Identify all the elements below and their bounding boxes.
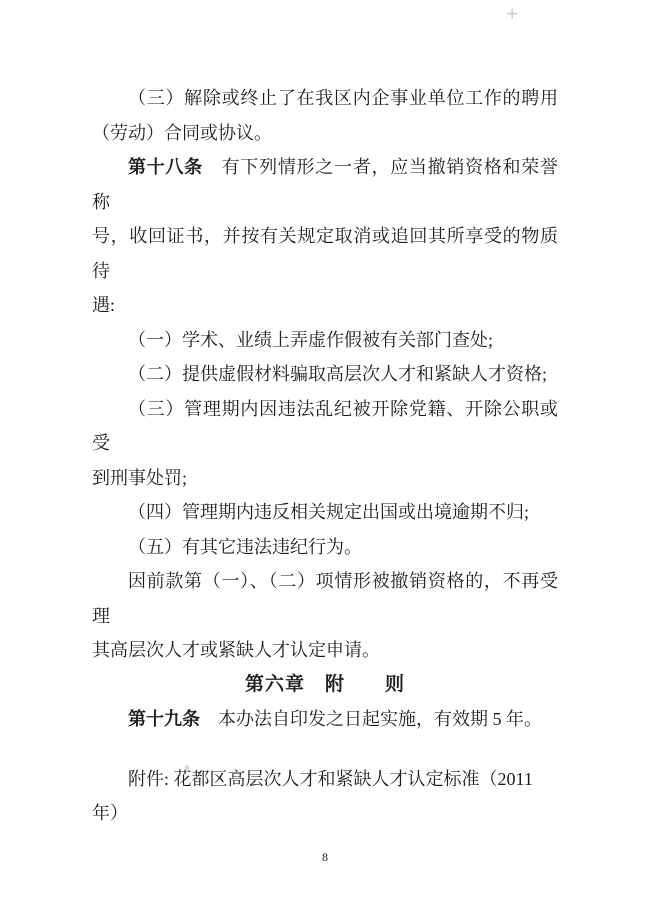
- scan-artifact-speck: [185, 765, 189, 772]
- text-segment: 其高层次人才或紧缺人才认定申请。: [92, 640, 380, 660]
- list-item-5: （五）有其它违法违纪行为。: [92, 530, 558, 565]
- text-line: （三）解除或终止了在我区内企事业单位工作的聘用: [92, 81, 558, 116]
- text-line: 第十八条 有下列情形之一者，应当撤销资格和荣誉称: [92, 150, 558, 219]
- text-line: 到刑事处罚;: [92, 461, 558, 496]
- article-number-18: 第十八条: [128, 157, 203, 177]
- text-segment: 因前款第（一）、（二）项情形被撤销资格的，不再受理: [92, 571, 558, 626]
- text-segment: （二）提供虚假材料骗取高层次人才和紧缺人才资格;: [128, 364, 547, 384]
- scan-artifact-cross: +: [505, 4, 519, 24]
- text-line: （劳动）合同或协议。: [92, 116, 558, 151]
- document-page: + （三）解除或终止了在我区内企事业单位工作的聘用 （劳动）合同或协议。 第十八…: [0, 0, 650, 913]
- text-segment: （五）有其它违法违纪行为。: [128, 537, 362, 557]
- text-segment: 附件: 花都区高层次人才和紧缺人才认定标准（2011 年）: [92, 769, 537, 824]
- text-segment: （劳动）合同或协议。: [92, 123, 272, 143]
- text-line: 遇:: [92, 288, 558, 323]
- text-segment: （一）学术、业绩上弄虚作假被有关部门查处;: [128, 330, 493, 350]
- text-line: 因前款第（一）、（二）项情形被撤销资格的，不再受理: [92, 564, 558, 633]
- article-number-19: 第十九条: [128, 709, 200, 729]
- text-line: 号，收回证书，并按有关规定取消或追回其所享受的物质待: [92, 219, 558, 288]
- chapter-heading-text: 第六章 附 则: [245, 674, 405, 695]
- text-segment: （三）管理期内因违法乱纪被开除党籍、开除公职或受: [92, 399, 558, 454]
- page-number: 8: [0, 850, 650, 865]
- paragraph-spacer: [92, 737, 558, 762]
- text-line: 其高层次人才或紧缺人才认定申请。: [92, 633, 558, 668]
- list-item-4: （四）管理期内违反相关规定出国或出境逾期不归;: [92, 495, 558, 530]
- text-segment: 到刑事处罚;: [92, 468, 187, 488]
- text-segment: 号，收回证书，并按有关规定取消或追回其所享受的物质待: [92, 226, 558, 281]
- text-segment: （三）解除或终止了在我区内企事业单位工作的聘用: [128, 88, 558, 108]
- text-segment: 遇:: [92, 295, 115, 315]
- attachment-line: 附件: 花都区高层次人才和紧缺人才认定标准（2011 年）: [92, 762, 558, 831]
- list-item-1: （一）学术、业绩上弄虚作假被有关部门查处;: [92, 323, 558, 358]
- list-item-2: （二）提供虚假材料骗取高层次人才和紧缺人才资格;: [92, 357, 558, 392]
- document-body: （三）解除或终止了在我区内企事业单位工作的聘用 （劳动）合同或协议。 第十八条 …: [92, 81, 558, 831]
- text-segment: （四）管理期内违反相关规定出国或出境逾期不归;: [128, 502, 529, 522]
- list-item-3: （三）管理期内因违法乱纪被开除党籍、开除公职或受: [92, 392, 558, 461]
- text-segment: 本办法自印发之日起实施，有效期 5 年。: [200, 709, 542, 729]
- chapter-heading: 第六章 附 则: [92, 668, 558, 703]
- text-line: 第十九条 本办法自印发之日起实施，有效期 5 年。: [92, 702, 558, 737]
